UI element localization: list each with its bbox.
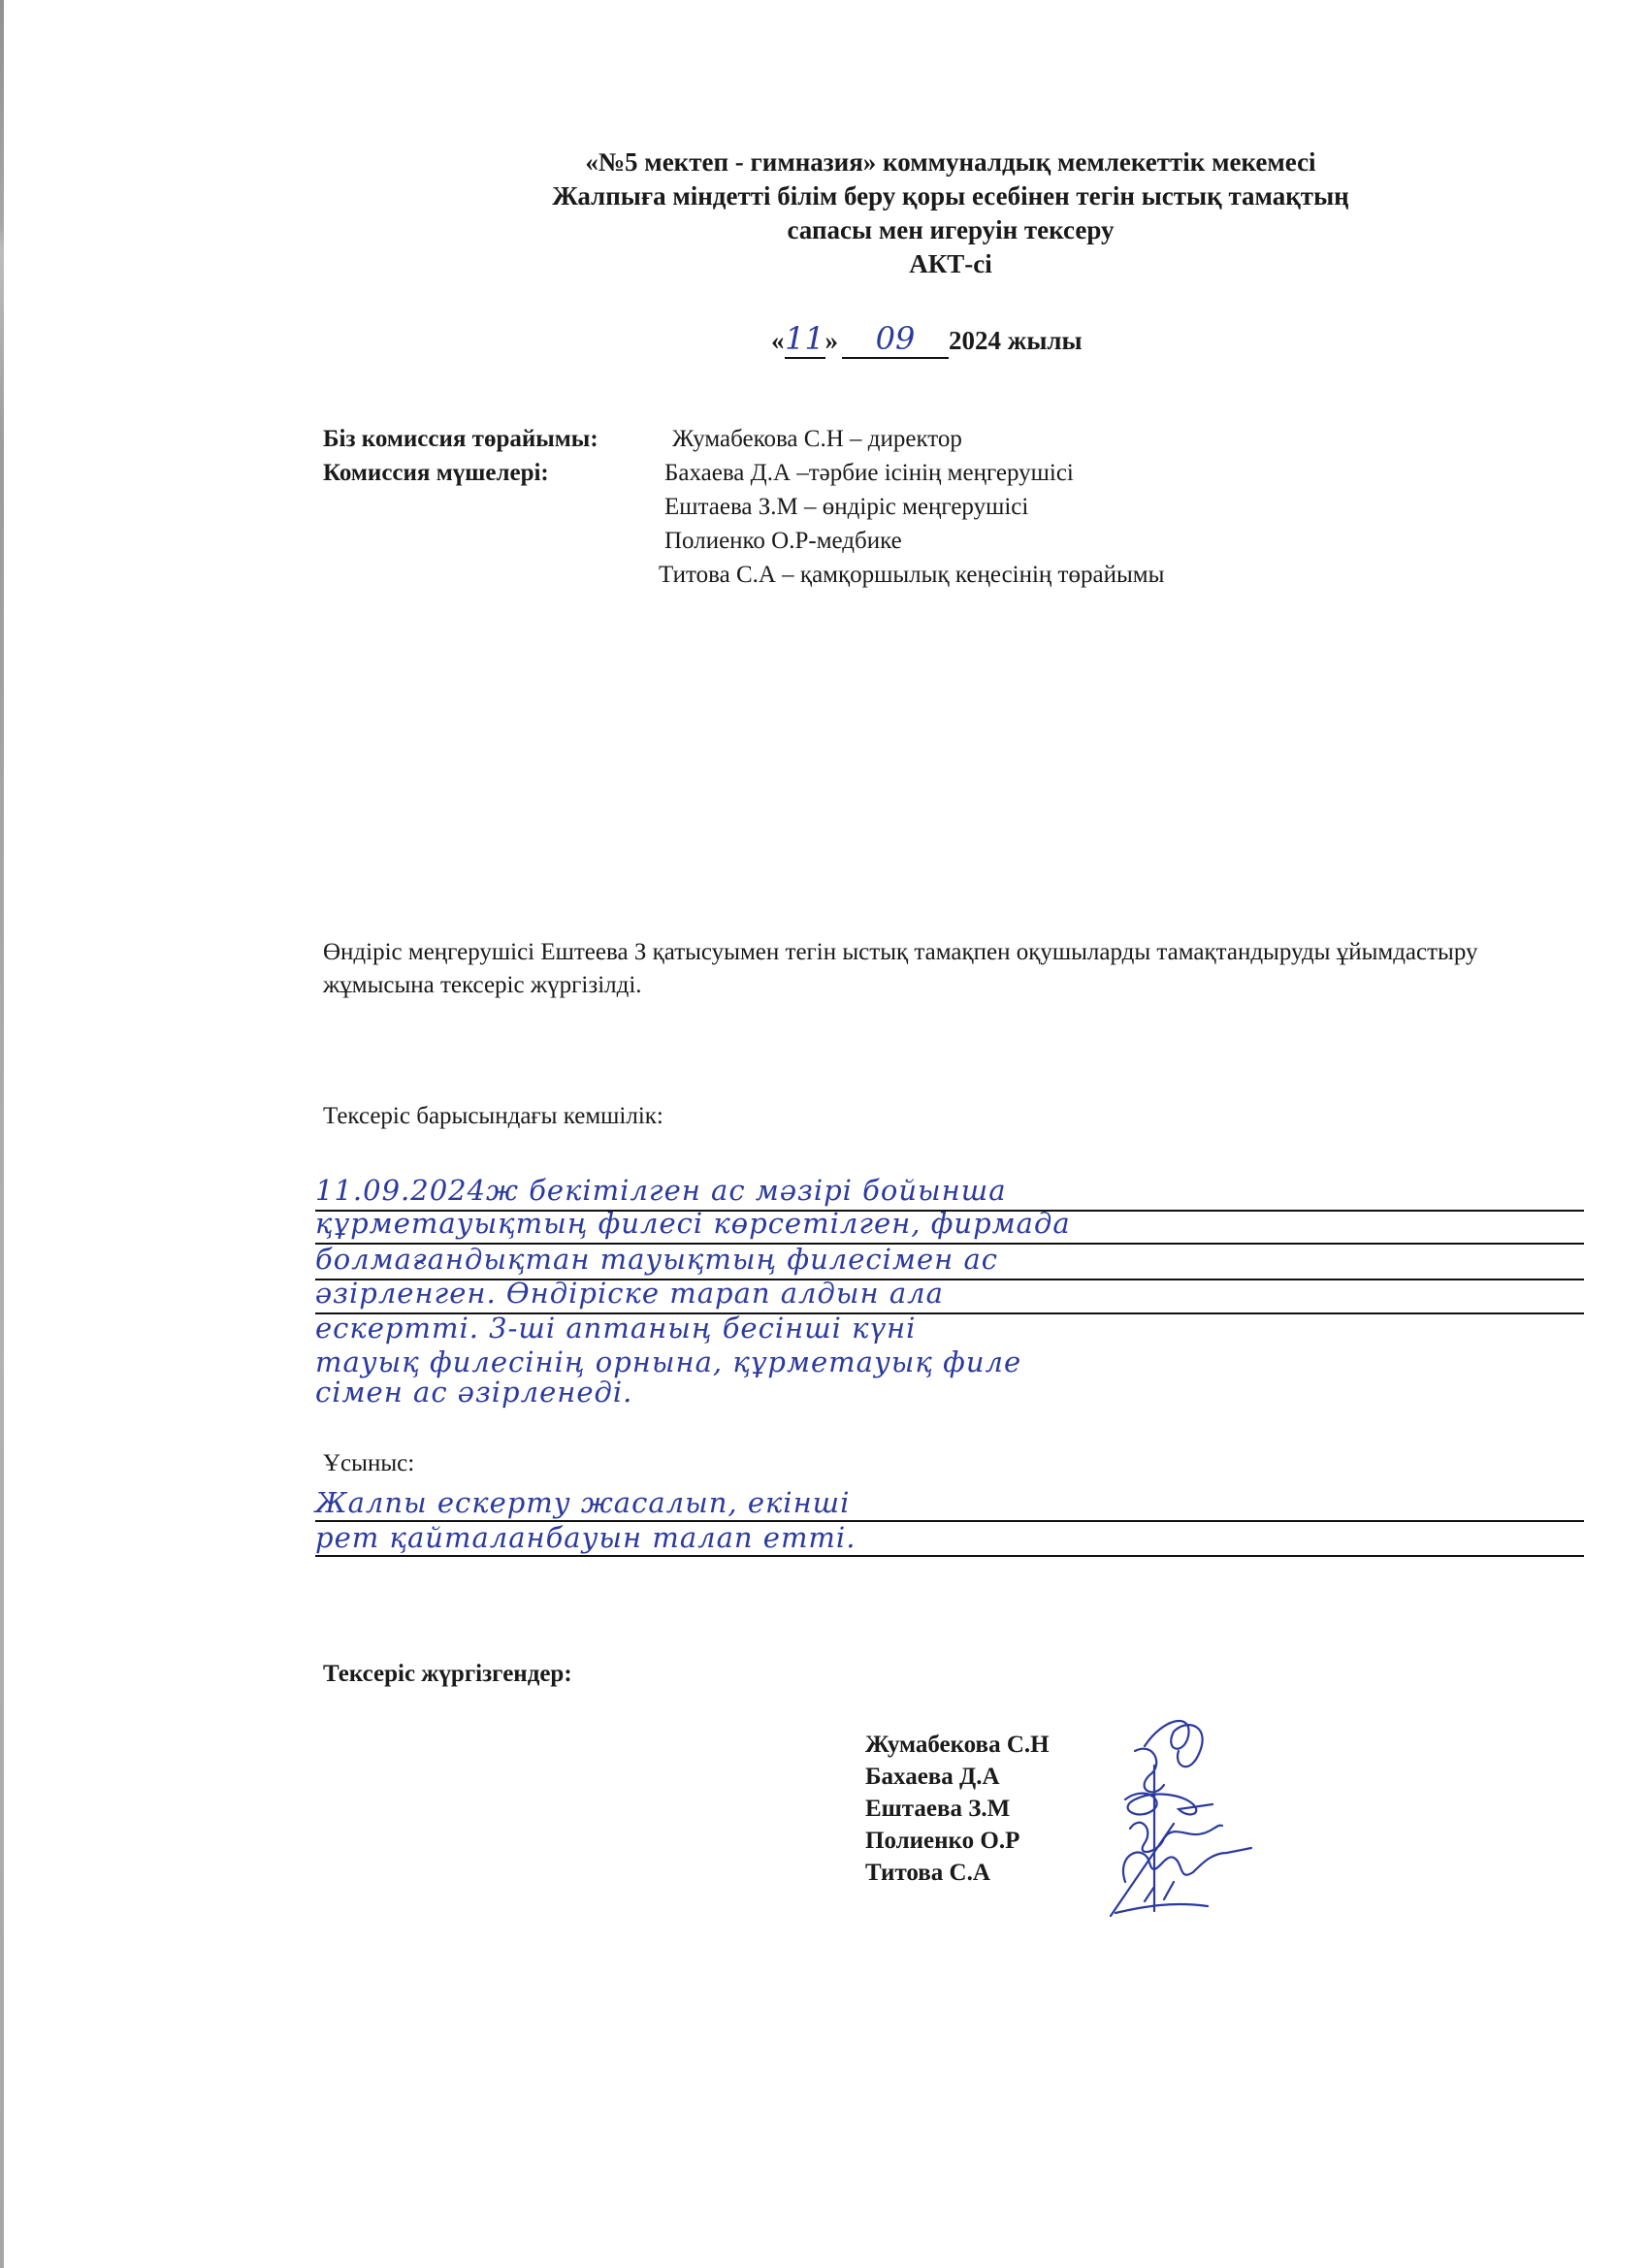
handwritten-line: ескертті. 3-ші аптаның бесінші күні [315, 1312, 916, 1345]
quote-close: » [825, 326, 839, 355]
handwritten-line: әзірленген. Өндіріске тарап алдын ала [315, 1277, 944, 1310]
member-item: Ештаева З.М – өндіріс меңгерушісі [664, 490, 1028, 524]
date-month: 09 [842, 320, 949, 359]
handwritten-line: болмағандықтан тауықтың филесімен ас [315, 1243, 998, 1276]
signatures-icon [1018, 1707, 1271, 1930]
ruled-line [315, 1555, 1584, 1557]
members-label: Комиссия мүшелері: [323, 456, 549, 490]
date-year: 2024 жылы [949, 326, 1083, 355]
chair-name: Жумабекова С.Н – директор [672, 422, 962, 456]
handwritten-line: 11.09.2024ж бекітілген ас мәзірі бойынша [315, 1174, 1006, 1207]
proposal-label: Ұсыныс: [323, 1450, 414, 1477]
inspection-paragraph: Өндіріс меңгерушісі Ештеева З қатысуымен… [323, 936, 1584, 1002]
header-institution: «№5 мектеп - гимназия» коммуналдық мемле… [466, 146, 1436, 179]
document-date: «11»092024 жылы [771, 320, 1083, 359]
member-item: Титова С.А – қамқоршылық кеңесінің төрай… [659, 558, 1164, 592]
member-item: Полиенко О.Р-медбике [664, 524, 902, 558]
handwritten-line: Жалпы ескерту жасалып, екінші [315, 1486, 850, 1519]
date-day: 11 [785, 320, 825, 359]
handwritten-line: рет қайталанбауын талап етті. [315, 1521, 856, 1554]
header-subject-cont: сапасы мен игеруін тексеру [466, 213, 1436, 247]
handwritten-line: тауық филесінің орнына, құрметауық филе [315, 1345, 1021, 1378]
document-header: «№5 мектеп - гимназия» коммуналдық мемле… [466, 146, 1436, 281]
handwritten-line: сімен ас әзірленеді. [315, 1376, 632, 1409]
member-item: Бахаева Д.А –тәрбие ісінің меңгерушісі [664, 456, 1074, 490]
deficiencies-handwriting: 11.09.2024ж бекітілген ас мәзірі бойынша… [315, 1145, 1584, 1377]
signers-title: Тексеріс жүргізгендер: [323, 1661, 572, 1688]
proposal-handwriting: Жалпы ескерту жасалып, екінші рет қайтал… [315, 1474, 1584, 1571]
scan-border [0, 0, 4, 2268]
chair-label: Біз комиссия төрайымы: [323, 422, 598, 456]
header-subject: Жалпыға міндетті білім беру қоры есебіне… [466, 179, 1436, 213]
quote-open: « [771, 326, 785, 355]
header-act: АКТ-сі [466, 247, 1436, 281]
deficiencies-label: Тексеріс барысындағы кемшілік: [323, 1103, 663, 1130]
handwritten-line: құрметауықтың филесі көрсетілген, фирмад… [315, 1207, 1071, 1240]
